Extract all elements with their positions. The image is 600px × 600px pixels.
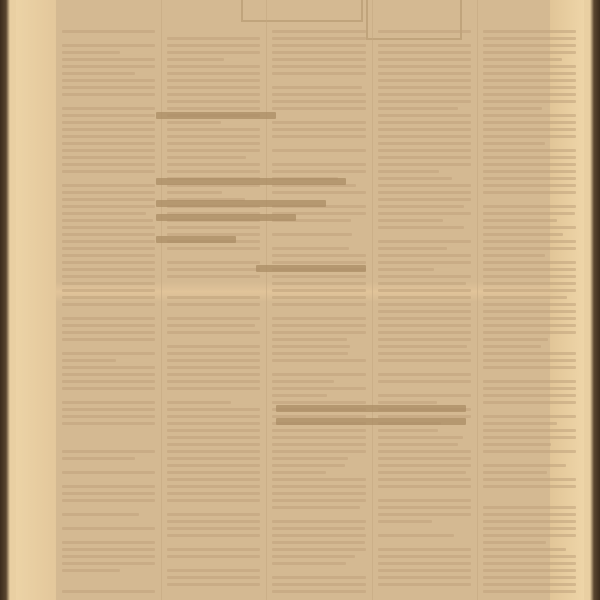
text-line <box>378 163 471 166</box>
headline-block <box>276 418 466 425</box>
text-line <box>167 387 260 390</box>
text-line <box>167 555 260 558</box>
text-line <box>62 114 155 117</box>
text-line <box>378 177 452 180</box>
text-line <box>483 177 576 180</box>
text-line <box>62 387 155 390</box>
text-line <box>483 58 562 61</box>
column-rule <box>477 0 478 600</box>
text-line <box>167 380 260 383</box>
text-line <box>167 401 231 404</box>
text-line <box>272 345 349 348</box>
text-line <box>483 359 576 362</box>
text-line <box>272 534 365 537</box>
text-line <box>62 359 116 362</box>
text-line <box>378 58 471 61</box>
text-line <box>483 387 576 390</box>
text-line <box>272 324 365 327</box>
text-line <box>483 471 547 474</box>
text-line <box>62 513 139 516</box>
text-line <box>483 555 576 558</box>
text-line <box>272 233 352 236</box>
text-line <box>272 30 365 33</box>
text-line <box>167 359 260 362</box>
text-line <box>378 170 440 173</box>
text-line <box>378 324 471 327</box>
text-line <box>483 268 576 271</box>
text-line <box>62 415 155 418</box>
text-line <box>167 471 260 474</box>
text-line <box>167 569 260 572</box>
headline-block <box>156 236 236 243</box>
text-line <box>167 86 260 89</box>
text-line <box>483 296 568 299</box>
text-line <box>62 569 120 572</box>
newspaper-sheet <box>56 0 550 600</box>
text-line <box>167 58 224 61</box>
text-line <box>167 156 245 159</box>
text-line <box>62 499 155 502</box>
text-line <box>483 590 576 593</box>
text-line <box>62 562 155 565</box>
text-line <box>483 541 546 544</box>
text-line <box>62 30 155 33</box>
text-line <box>62 86 155 89</box>
text-line <box>272 303 365 306</box>
text-line <box>272 121 365 124</box>
text-line <box>378 380 471 383</box>
text-line <box>483 219 557 222</box>
text-line <box>272 170 365 173</box>
text-line <box>62 380 155 383</box>
text-line <box>378 303 471 306</box>
text-line <box>62 44 155 47</box>
text-line <box>62 268 155 271</box>
text-line <box>378 128 471 131</box>
column-rule <box>266 0 267 600</box>
text-line <box>167 436 260 439</box>
text-line <box>483 429 576 432</box>
text-line <box>167 415 260 418</box>
text-line <box>62 422 155 425</box>
text-line <box>62 212 146 215</box>
text-line <box>483 352 576 355</box>
headline-block <box>156 112 276 119</box>
text-line <box>167 527 260 530</box>
text-line <box>483 562 576 565</box>
masthead-box <box>241 0 363 22</box>
text-line <box>378 583 471 586</box>
text-line <box>62 541 155 544</box>
text-line <box>483 100 576 103</box>
text-line <box>378 191 471 194</box>
text-line <box>62 149 155 152</box>
text-line <box>378 198 471 201</box>
masthead-box-right <box>366 0 462 40</box>
text-line <box>272 548 365 551</box>
text-line <box>378 93 471 96</box>
text-line <box>378 576 471 579</box>
column-rule <box>161 0 162 600</box>
text-line <box>483 282 576 285</box>
text-line <box>483 226 576 229</box>
text-line <box>272 387 365 390</box>
text-line <box>483 261 576 264</box>
text-line <box>62 205 155 208</box>
text-line <box>272 541 364 544</box>
text-line <box>483 548 566 551</box>
text-line <box>62 142 155 145</box>
text-line <box>272 471 326 474</box>
text-line <box>62 65 155 68</box>
text-line <box>272 394 327 397</box>
text-line <box>483 583 576 586</box>
text-line <box>378 457 471 460</box>
text-line <box>378 338 471 341</box>
text-line <box>272 72 365 75</box>
text-line <box>167 457 260 460</box>
left-margin <box>16 0 56 600</box>
text-line <box>62 471 155 474</box>
text-line <box>62 233 155 236</box>
text-line <box>378 401 437 404</box>
text-line <box>272 51 365 54</box>
text-line <box>483 478 576 481</box>
text-line <box>378 30 471 33</box>
text-line <box>378 569 471 572</box>
text-line <box>378 205 465 208</box>
text-line <box>272 583 365 586</box>
headline-block <box>156 214 296 221</box>
text-line <box>483 345 541 348</box>
text-line <box>272 527 364 530</box>
text-line <box>167 373 260 376</box>
text-line <box>272 429 365 432</box>
text-line <box>378 429 439 432</box>
text-line <box>62 457 135 460</box>
text-line <box>378 562 471 565</box>
text-line <box>167 170 260 173</box>
text-line <box>483 107 542 110</box>
text-line <box>378 359 471 362</box>
text-line <box>378 352 471 355</box>
text-line <box>378 135 471 138</box>
text-line <box>483 513 576 516</box>
text-line <box>62 450 155 453</box>
text-line <box>62 254 155 257</box>
text-line <box>483 303 576 306</box>
text-line <box>167 128 260 131</box>
text-line <box>378 436 463 439</box>
text-line <box>378 450 471 453</box>
text-line <box>167 583 260 586</box>
text-line <box>62 590 155 593</box>
text-line <box>62 170 155 173</box>
text-line <box>272 443 365 446</box>
text-line <box>483 450 576 453</box>
text-line <box>167 261 260 264</box>
text-line <box>378 464 471 467</box>
text-line <box>62 107 155 110</box>
text-line <box>378 65 471 68</box>
text-line <box>272 100 365 103</box>
text-line <box>62 485 155 488</box>
text-line <box>272 247 349 250</box>
text-line <box>62 156 155 159</box>
text-line <box>62 128 155 131</box>
text-line <box>483 30 576 33</box>
text-line <box>378 79 471 82</box>
text-line <box>167 79 260 82</box>
text-line <box>483 212 576 215</box>
text-line <box>483 170 576 173</box>
text-line <box>483 191 576 194</box>
text-line <box>378 282 466 285</box>
text-line <box>272 359 365 362</box>
text-line <box>272 58 365 61</box>
text-line <box>272 254 365 257</box>
text-line <box>272 380 334 383</box>
text-line <box>378 114 471 117</box>
text-line <box>272 436 365 439</box>
text-line <box>378 317 471 320</box>
text-line <box>272 338 347 341</box>
text-line <box>483 534 576 537</box>
text-line <box>167 576 260 579</box>
text-line <box>62 352 155 355</box>
text-line <box>483 128 576 131</box>
text-line <box>483 338 548 341</box>
text-line <box>167 44 260 47</box>
text-line <box>378 506 471 509</box>
text-line <box>167 51 260 54</box>
text-line <box>378 212 471 215</box>
text-line <box>483 310 576 313</box>
text-line <box>378 345 467 348</box>
right-margin <box>550 0 584 600</box>
text-line <box>378 513 471 516</box>
text-line <box>167 142 260 145</box>
headline-block <box>156 178 346 185</box>
text-line <box>378 471 466 474</box>
text-line <box>272 485 365 488</box>
text-line <box>378 44 471 47</box>
text-line <box>483 184 576 187</box>
text-line <box>378 268 435 271</box>
text-line <box>167 135 260 138</box>
text-line <box>62 79 155 82</box>
text-line <box>167 72 260 75</box>
text-line <box>167 191 222 194</box>
text-line <box>62 548 155 551</box>
text-line <box>272 317 365 320</box>
text-line <box>483 44 576 47</box>
text-line <box>378 156 471 159</box>
text-line <box>167 534 260 537</box>
column-rule <box>372 0 373 600</box>
text-line <box>272 191 365 194</box>
text-line <box>272 464 344 467</box>
text-line <box>62 184 155 187</box>
text-line <box>378 289 471 292</box>
text-line <box>378 51 471 54</box>
text-line <box>483 156 576 159</box>
text-line <box>272 492 365 495</box>
text-line <box>167 65 260 68</box>
text-line <box>378 373 471 376</box>
text-line <box>483 72 576 75</box>
text-line <box>62 338 155 341</box>
text-line <box>378 261 471 264</box>
text-line <box>167 303 260 306</box>
text-line <box>378 219 444 222</box>
text-line <box>272 457 347 460</box>
text-line <box>483 93 576 96</box>
text-line <box>272 261 365 264</box>
text-line <box>167 268 260 271</box>
text-line <box>272 590 365 593</box>
text-line <box>62 261 155 264</box>
text-line <box>378 275 471 278</box>
newspaper-page <box>16 0 584 600</box>
text-line <box>272 44 365 47</box>
text-line <box>483 394 576 397</box>
headline-block <box>276 405 466 412</box>
text-line <box>167 296 260 299</box>
text-line <box>167 107 260 110</box>
text-line <box>167 100 260 103</box>
text-line <box>483 485 576 488</box>
text-line <box>272 576 365 579</box>
text-line <box>272 562 345 565</box>
text-line <box>483 135 576 138</box>
text-line <box>62 324 155 327</box>
text-line <box>62 282 155 285</box>
text-line <box>167 324 255 327</box>
text-line <box>62 93 155 96</box>
text-line <box>483 520 576 523</box>
text-line <box>483 436 576 439</box>
text-line <box>167 275 260 278</box>
text-line <box>167 513 260 516</box>
text-line <box>272 86 362 89</box>
text-line <box>378 548 471 551</box>
text-line <box>483 205 576 208</box>
text-line <box>167 226 260 229</box>
text-line <box>167 366 260 369</box>
text-line <box>167 492 260 495</box>
text-line <box>62 240 155 243</box>
text-line <box>483 247 576 250</box>
text-line <box>483 51 576 54</box>
text-line <box>378 296 471 299</box>
text-line <box>167 443 260 446</box>
text-line <box>62 401 155 404</box>
text-line <box>167 121 221 124</box>
text-line <box>167 520 260 523</box>
text-line <box>378 520 432 523</box>
text-line <box>378 254 471 257</box>
text-line <box>272 37 365 40</box>
text-line <box>167 408 260 411</box>
text-line <box>483 422 557 425</box>
text-line <box>62 275 155 278</box>
text-line <box>483 366 576 369</box>
text-line <box>167 247 260 250</box>
text-line <box>378 149 471 152</box>
text-line <box>167 499 260 502</box>
text-line <box>167 352 260 355</box>
text-line <box>62 331 155 334</box>
text-line <box>483 324 576 327</box>
text-line <box>62 163 155 166</box>
text-line <box>378 240 471 243</box>
text-line <box>483 275 576 278</box>
text-line <box>483 142 545 145</box>
text-line <box>378 72 471 75</box>
text-line <box>62 527 155 530</box>
text-line <box>378 534 454 537</box>
text-line <box>272 163 365 166</box>
text-line <box>62 198 155 201</box>
text-line <box>378 100 471 103</box>
text-line <box>62 492 155 495</box>
text-line <box>272 93 365 96</box>
text-line <box>483 317 576 320</box>
text-line <box>62 191 155 194</box>
text-line <box>167 422 260 425</box>
text-line <box>167 93 260 96</box>
text-line <box>272 373 365 376</box>
text-line <box>483 254 546 257</box>
text-line <box>167 485 260 488</box>
text-line <box>272 352 347 355</box>
text-line <box>483 149 576 152</box>
text-line <box>272 128 365 131</box>
text-line <box>62 555 155 558</box>
text-line <box>167 450 260 453</box>
text-line <box>167 163 260 166</box>
text-line <box>167 317 260 320</box>
text-line <box>483 576 576 579</box>
text-line <box>272 296 365 299</box>
text-line <box>62 72 135 75</box>
text-line <box>272 149 365 152</box>
text-line <box>483 506 576 509</box>
text-line <box>483 65 576 68</box>
text-line <box>483 331 576 334</box>
text-line <box>167 464 260 467</box>
text-line <box>378 142 471 145</box>
text-line <box>378 310 471 313</box>
text-line <box>378 555 471 558</box>
text-line <box>483 415 576 418</box>
text-line <box>272 478 365 481</box>
text-line <box>483 380 576 383</box>
headline-block <box>156 200 326 207</box>
text-line <box>62 373 155 376</box>
text-line <box>272 107 365 110</box>
text-line <box>62 408 155 411</box>
text-line <box>483 569 576 572</box>
text-line <box>483 233 563 236</box>
headline-block <box>256 265 366 272</box>
text-line <box>483 79 576 82</box>
text-line <box>272 275 365 278</box>
text-line <box>272 289 365 292</box>
text-line <box>483 527 576 530</box>
text-line <box>167 37 260 40</box>
